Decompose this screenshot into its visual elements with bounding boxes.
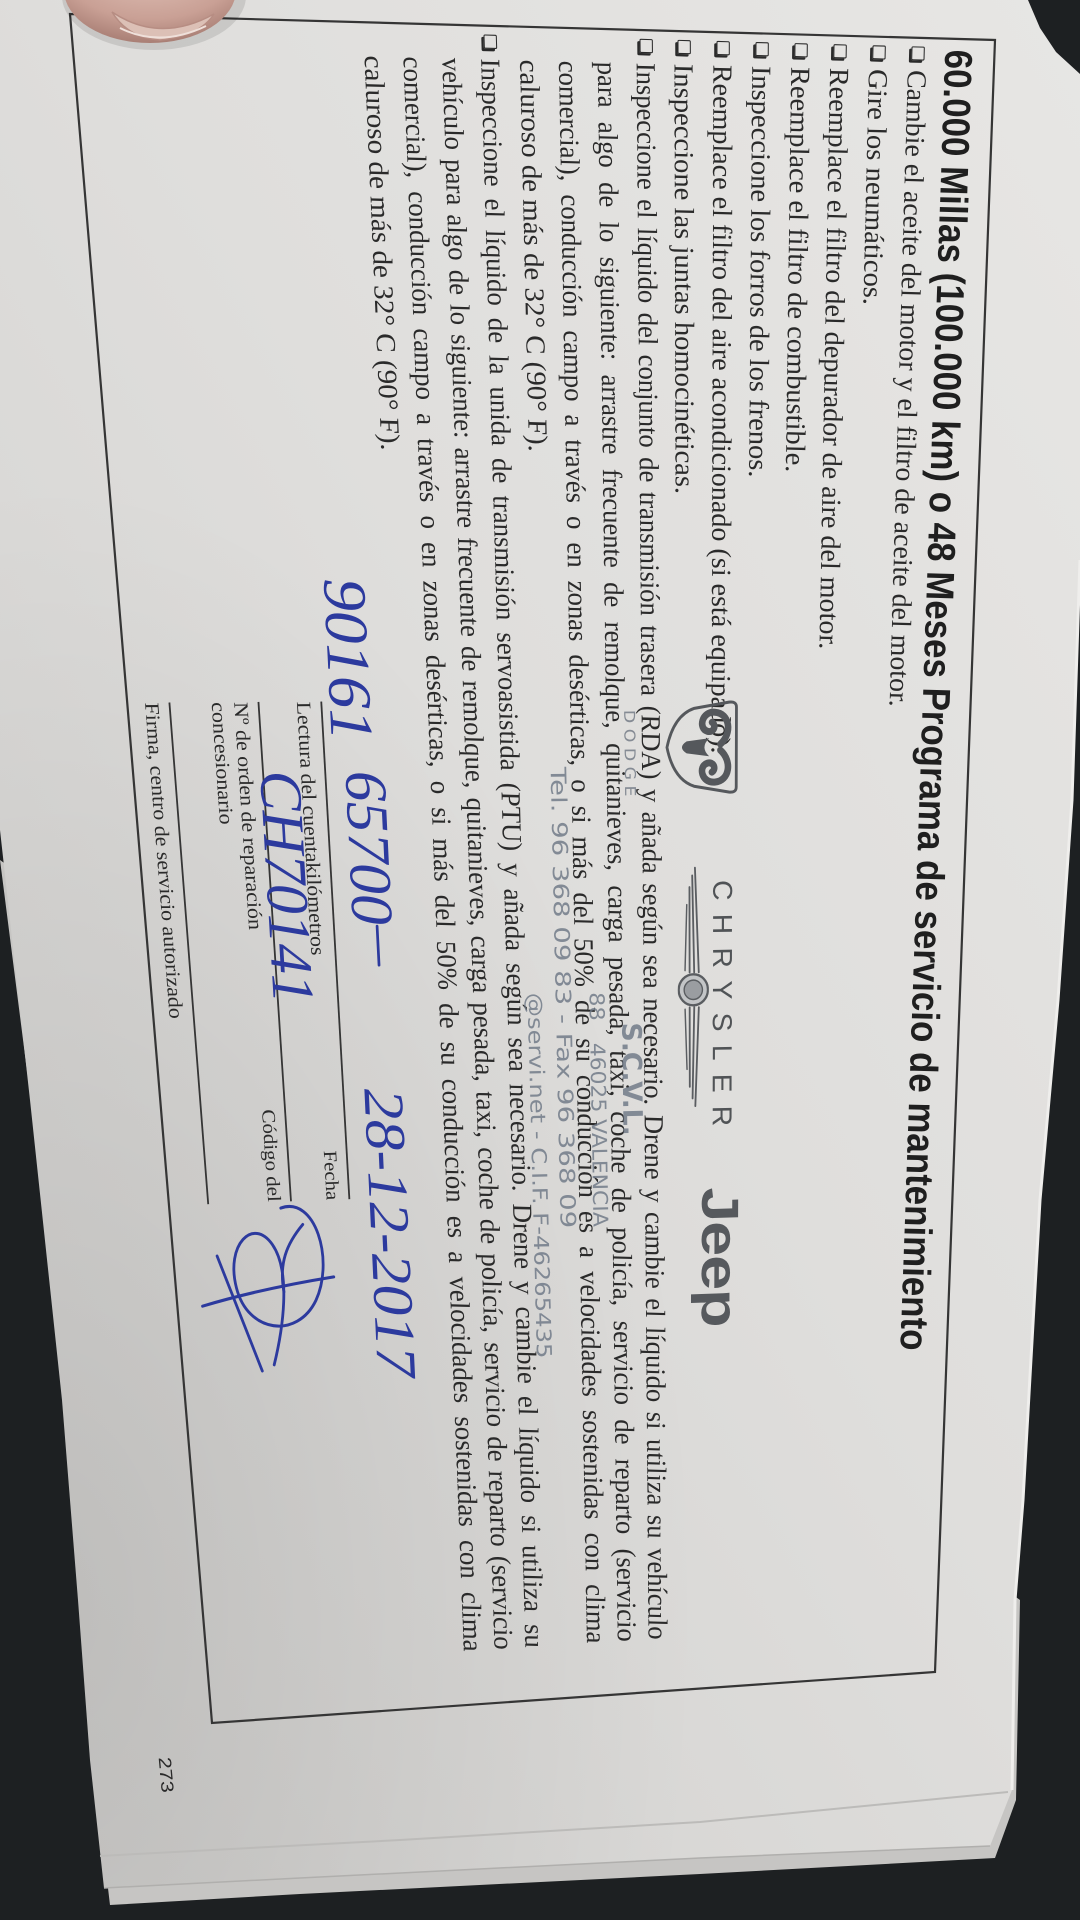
photo-of-maintenance-booklet-page: 60.000 Millas (100.000 km) o 48 Meses Pr… — [0, 0, 1080, 1920]
finger — [0, 0, 1080, 1920]
